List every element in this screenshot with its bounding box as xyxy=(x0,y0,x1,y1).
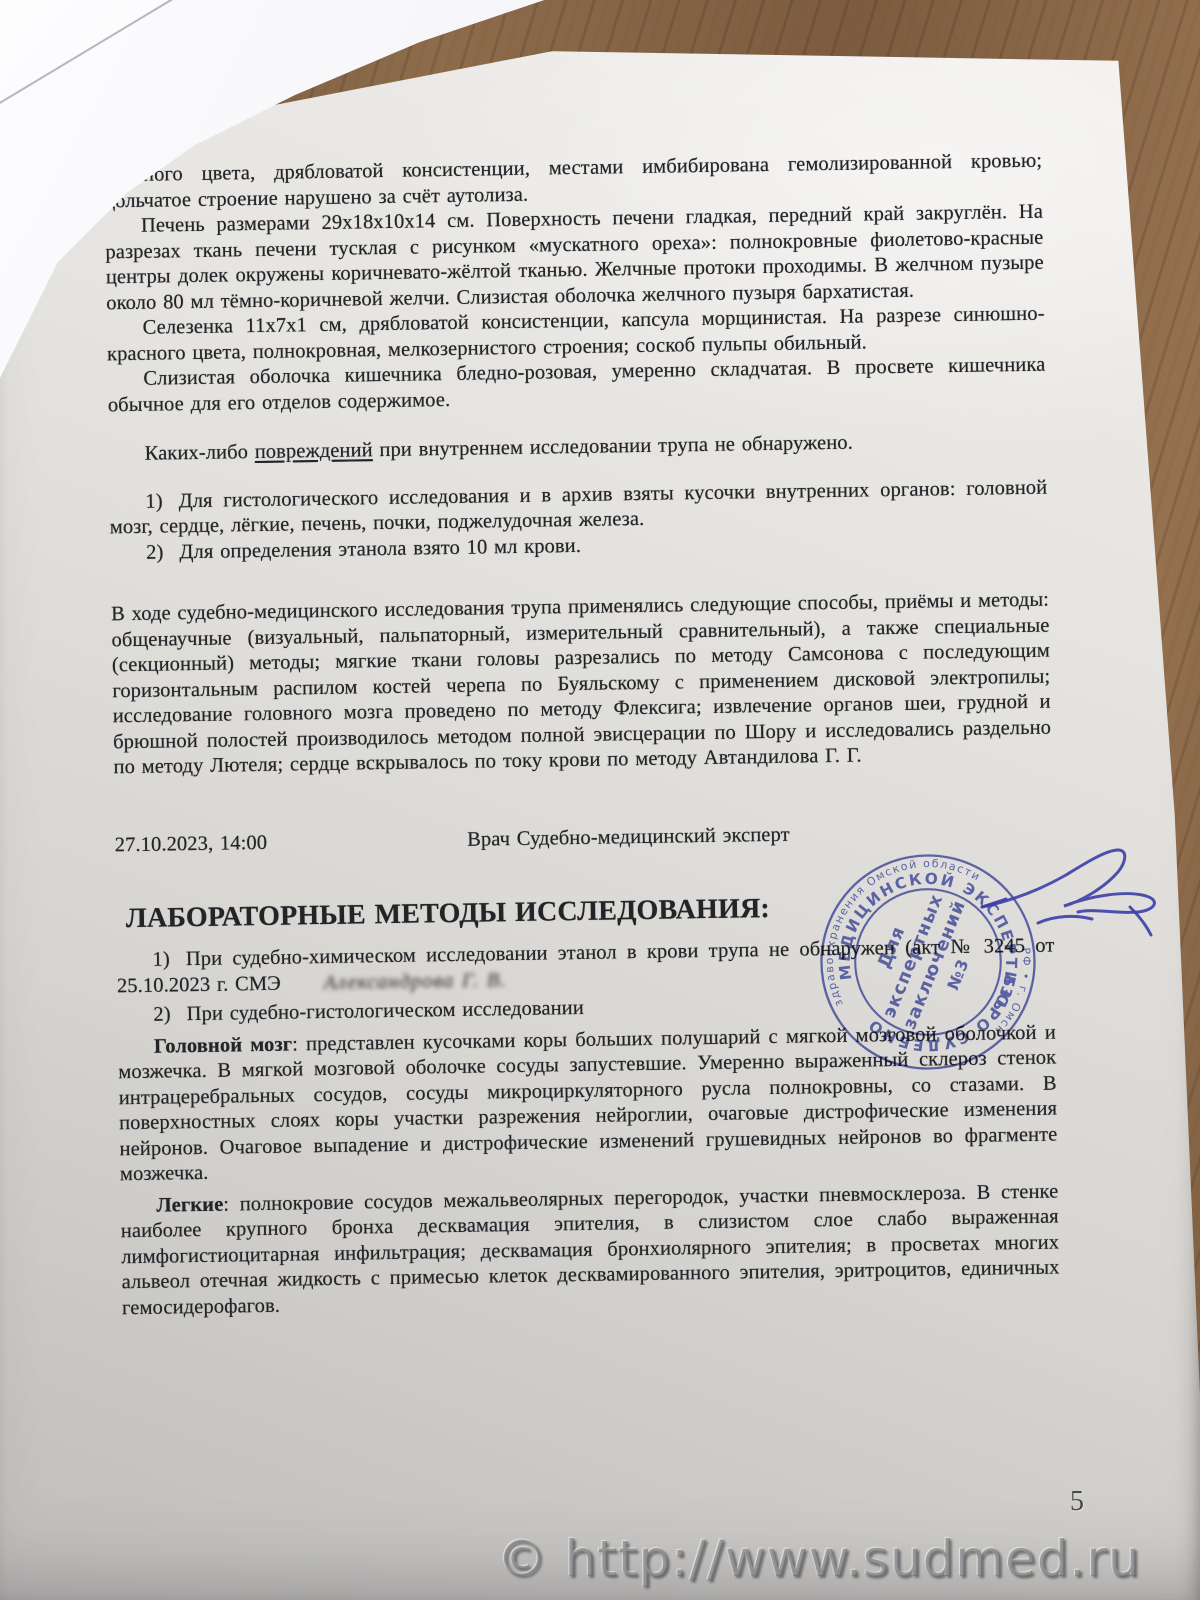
list-item-number: 2) xyxy=(146,541,164,563)
svg-text:№3: №3 xyxy=(943,956,973,993)
paragraph-no-injuries: Каких-либо повреждений при внутреннем ис… xyxy=(108,428,1046,468)
no-injuries-suffix: при внутреннем исследовании трупа не обн… xyxy=(373,432,854,462)
list-item-number: 1) xyxy=(145,490,163,512)
expert-title: Врач Судебно-медицинский эксперт xyxy=(467,822,790,853)
list-item-number: 1) xyxy=(152,948,170,970)
list-item-text: Для определения этанола взято 10 мл кров… xyxy=(179,534,581,562)
lungs-text: : полнокровие сосудов межальвеолярных пе… xyxy=(121,1180,1060,1319)
page-number: 5 xyxy=(1070,1486,1084,1518)
expert-signature xyxy=(980,845,1180,945)
lungs-lead: Легкие xyxy=(156,1193,223,1216)
report-datetime: 27.10.2023, 14:00 xyxy=(115,830,268,858)
smudged-expert-name: Александрова Г. В. xyxy=(287,968,506,997)
photographed-document: красного цвета, дрябловатой консистенции… xyxy=(0,0,1200,1600)
document-text-block: красного цвета, дрябловатой консистенции… xyxy=(104,149,1060,1322)
lab-item-text: При судебно-гистологическом исследовании xyxy=(187,997,584,1025)
no-injuries-prefix: Каких-либо xyxy=(144,441,254,465)
no-injuries-underlined-word: повреждений xyxy=(255,439,373,463)
sudmed-watermark: © http://www.sudmed.ru xyxy=(497,1530,1141,1588)
paragraph-lungs: Легкие: полнокровие сосудов межальвеоляр… xyxy=(120,1179,1060,1321)
signature-strokes xyxy=(980,845,1180,945)
paragraph-liver: Печень размерами 29х18х10х14 см. Поверхн… xyxy=(105,200,1044,317)
brain-lead: Головной мозг xyxy=(154,1033,293,1057)
paragraph-methods: В ходе судебно-медицинского исследования… xyxy=(111,588,1052,781)
list-item-number: 2) xyxy=(153,1003,171,1025)
